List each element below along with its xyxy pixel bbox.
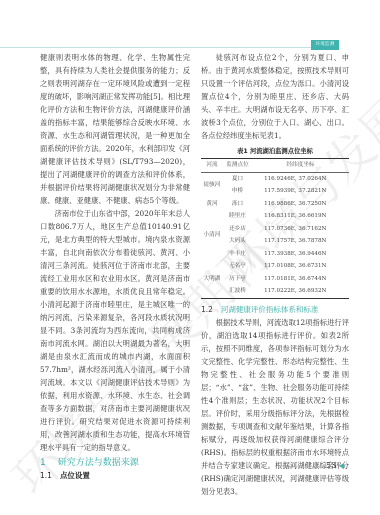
table-row: 辛丰庄 117.3938E, 36.9446N <box>201 248 349 261</box>
table-row: 申桥 117.5939E, 37.2821N <box>201 185 349 198</box>
coordinates-table: 河流 监测点位 经纬度坐标 徒骇河 夏口 116.9246E, 37.0264N… <box>201 158 349 299</box>
table-row: 还乡店 117.0736E, 36.7162N <box>201 223 349 236</box>
section-heading: 1研究方法与数据来源 <box>40 456 190 470</box>
header-rule <box>0 47 312 48</box>
subsection-heading: 1.1点位设置 <box>40 470 190 482</box>
section-badge: 环境监测 <box>311 40 339 50</box>
table-row: 黄河 泺口 116.9886E, 36.7250N <box>201 198 349 211</box>
right-column: 徒骇河布设点位2个，分别为夏口、申桥。由于黄河水质整体稳定，按照技术导则可只设置… <box>201 51 349 498</box>
body-paragraph: 徒骇河布设点位2个，分别为夏口、申桥。由于黄河水质整体稳定，按照技术导则可只设置… <box>201 51 349 142</box>
table-row: 大码头 117.1757E, 36.7878N <box>201 235 349 248</box>
arrow-left-icon <box>339 463 344 469</box>
journal-name: HUANJINGYUFAZHAN <box>285 465 326 469</box>
table-row: 徒骇河 夏口 116.9246E, 37.0264N <box>201 172 349 185</box>
table-row: 汇波桥 117.0222E, 36.6932N <box>201 285 349 298</box>
table-title: 表1 河流湖泊监测点位坐标 <box>201 146 349 158</box>
table-row: 历下亭 117.0181E, 36.6744N <box>201 273 349 286</box>
table-header: 河流 <box>201 159 223 173</box>
table-row: 小清河 睦里庄 116.8311E, 36.6619N <box>201 210 349 223</box>
table-header: 经纬度坐标 <box>252 159 349 173</box>
page-number: 53 <box>326 461 336 470</box>
table-row: 大明湖 无名亭 117.0108E, 36.6731N <box>201 260 349 273</box>
left-column: 健康则表明水体的物理、化学、生物属性完整，具有持续为人类社会提供服务的能力；反之… <box>40 51 190 482</box>
body-paragraph: 根据技术导则，河流选取12项指标进行评价，湖泊选取14项指标进行评价。如表2所示… <box>201 316 349 498</box>
table-header: 监测点位 <box>223 159 252 173</box>
subsection-heading: 1.2河湖健康评价指标体系和标准 <box>201 304 349 316</box>
body-paragraph: 健康则表明水体的物理、化学、生物属性完整，具有持续为人类社会提供服务的能力；反之… <box>40 51 190 207</box>
body-paragraph: 济南市位于山东省中部，2020年年末总人口数806.7万人，地区生产总值1014… <box>40 207 190 454</box>
